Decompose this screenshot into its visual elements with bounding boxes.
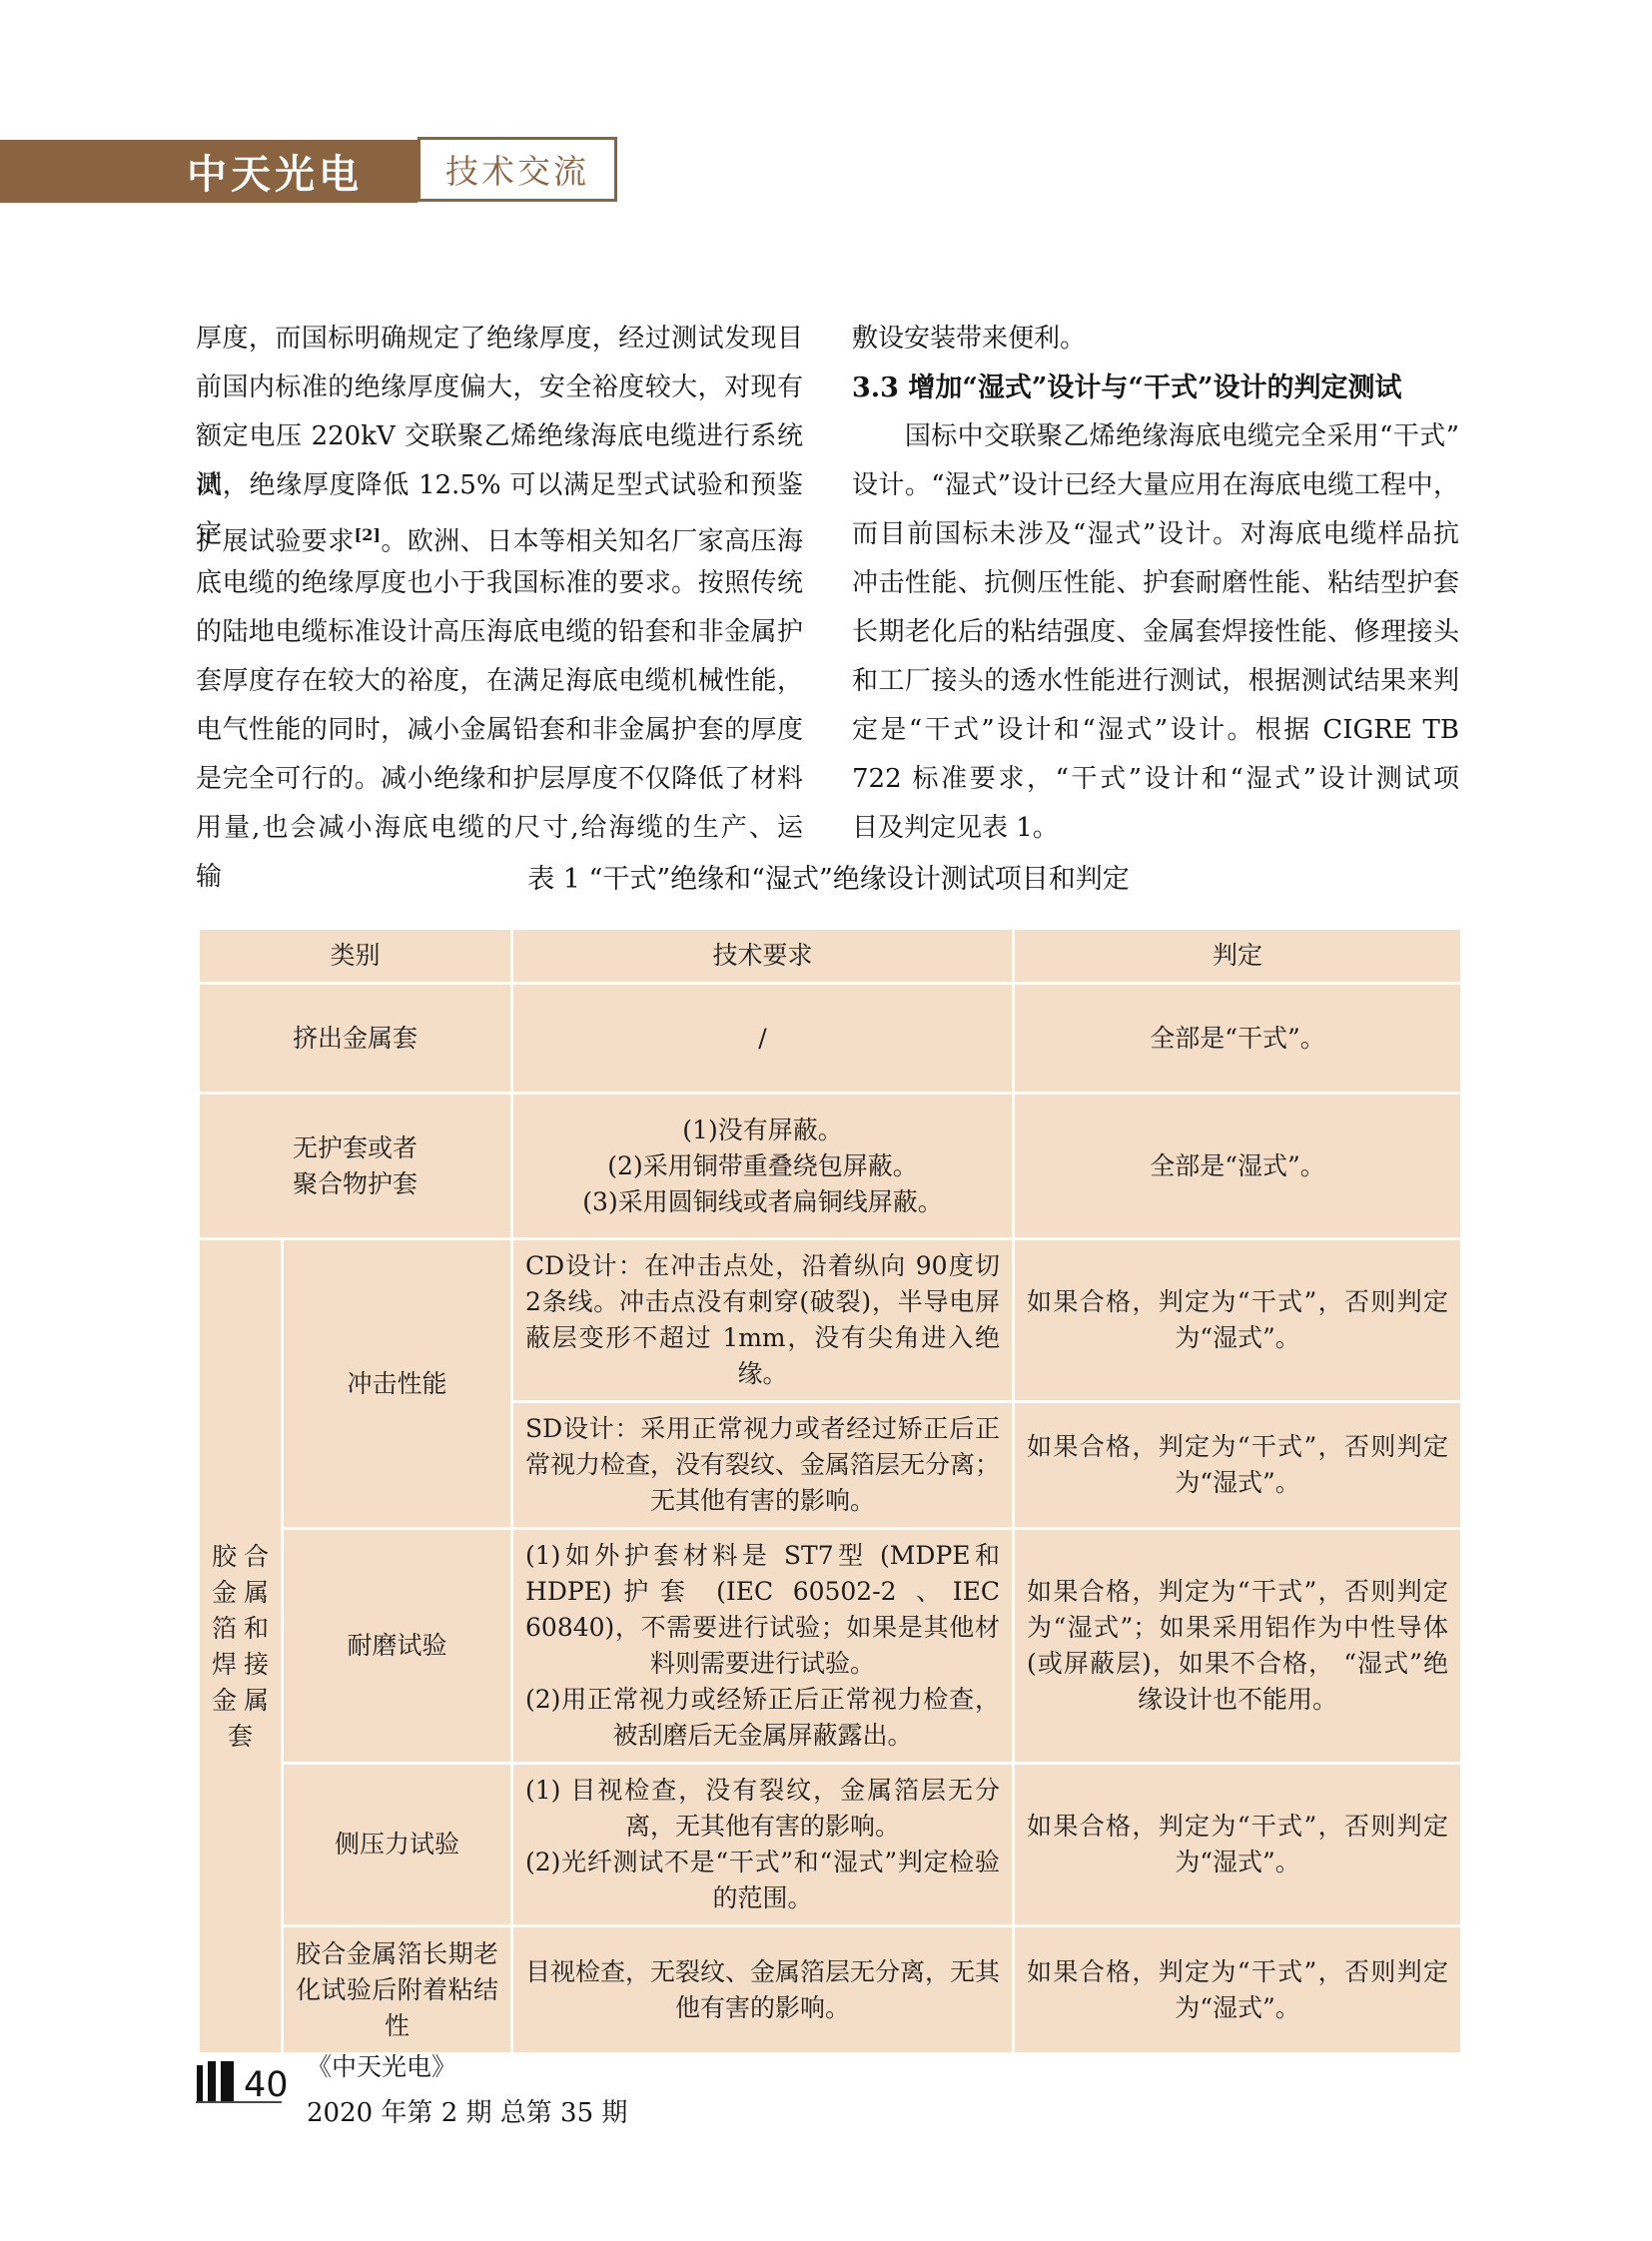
text-line: 前国内标准的绝缘厚度偏大，安全裕度较大，对现有	[196, 364, 803, 412]
category-cell: 冲击性能	[283, 1239, 512, 1529]
requirement-cell: (1)如外护套材料是 ST7型 (MDPE和 HDPE)护套 (IEC 6050…	[512, 1529, 1014, 1764]
category-cell: 无护套或者 聚合物护套	[199, 1094, 512, 1239]
requirement-item: (2)用正常视力或经矫正后正常视力检查，被刮磨后无金属屏蔽露出。	[525, 1682, 1000, 1754]
requirement-cell: SD设计：采用正常视力或者经过矫正后正常视力检查，没有裂纹、金属箔层无分离；无其…	[512, 1402, 1014, 1529]
text-line: 定是“干式”设计和“湿式”设计。根据 CIGRE TB	[852, 706, 1459, 755]
verdict-cell: 如果合格，判定为“干式”，否则判定为“湿式”；如果采用铝作为中性导体(或屏蔽层)…	[1014, 1529, 1462, 1764]
column-header-category: 类别	[199, 929, 512, 984]
text-line: 而目前国标未涉及“湿式”设计。对海底电缆样品抗	[852, 510, 1459, 559]
table-header-row: 类别 技术要求 判定	[199, 929, 1462, 984]
table-row-adhesion-aging: 胶合金属箔长期老化试验后附着粘结性 目视检查，无裂纹、金属箔层无分离，无其他有害…	[199, 1926, 1462, 2054]
text-line: 长期老化后的粘结强度、金属套焊接性能、修理接头	[852, 608, 1459, 657]
category-cell: 侧压力试验	[283, 1764, 512, 1926]
footer-journal-info: 《中天光电》 2020 年第 2 期 总第 35 期	[307, 2043, 627, 2137]
verdict-cell: 如果合格，判定为“干式”，否则判定为“湿式”。	[1014, 1926, 1462, 2054]
text-line: 敷设安装带来便利。	[852, 315, 1459, 364]
verdict-cell: 如果合格，判定为“干式”，否则判定为“湿式”。	[1014, 1239, 1462, 1402]
footer-bar-icon	[221, 2061, 234, 2103]
section-label-box: 技术交流	[417, 137, 617, 202]
page-number: 40	[244, 2067, 289, 2103]
text-line: 是完全可行的。减小绝缘和护层厚度不仅降低了材料	[196, 755, 803, 804]
category-cell: 挤出金属套	[199, 984, 512, 1094]
text-line: 和工厂接头的透水性能进行测试，根据测试结果来判	[852, 657, 1459, 706]
table-caption: 表 1 “干式”绝缘和“湿式”绝缘设计测试项目和判定	[197, 857, 1460, 896]
brand-bar: 中天光电	[0, 140, 417, 203]
text-line: 目及判定见表 1。	[852, 804, 1459, 853]
right-column: 敷设安装带来便利。 3.3 增加“湿式”设计与“干式”设计的判定测试 国标中交联…	[852, 315, 1459, 853]
section-label: 技术交流	[445, 146, 589, 193]
table-row-impact-cd: 胶合金属箔和焊接金属套 冲击性能 CD设计：在冲击点处，沿着纵向 90度切 2条…	[199, 1239, 1462, 1402]
journal-issue-info: 2020 年第 2 期 总第 35 期	[307, 2090, 627, 2137]
table-row-no-sheath: 无护套或者 聚合物护套 (1)没有屏蔽。 (2)采用铜带重叠绕包屏蔽。 (3)采…	[199, 1094, 1462, 1239]
footer-rule	[196, 2101, 282, 2103]
requirement-cell: 目视检查，无裂纹、金属箔层无分离，无其他有害的影响。	[512, 1926, 1014, 2054]
text-line: 套厚度存在较大的裕度，在满足海底电缆机械性能，	[196, 657, 803, 706]
text-line: 用量,也会减小海底电缆的尺寸,给海缆的生产、运输、	[196, 804, 803, 853]
requirement-item: (3)采用圆铜线或者扁铜线屏蔽。	[525, 1184, 1000, 1220]
table-row-lateral-pressure: 侧压力试验 (1) 目视检查，没有裂纹，金属箔层无分离，无其他有害的影响。 (2…	[199, 1764, 1462, 1926]
text-line: 国标中交联聚乙烯绝缘海底电缆完全采用“干式”	[852, 412, 1459, 461]
journal-page: 中天光电 技术交流 厚度，而国标明确规定了绝缘厚度，经过测试发现目 前国内标准的…	[0, 0, 1652, 2241]
category-line: 聚合物护套	[212, 1166, 498, 1202]
text-line: 722 标准要求，“干式”设计和“湿式”设计测试项	[852, 755, 1459, 804]
requirement-item: (1)没有屏蔽。	[525, 1113, 1000, 1148]
text-line: 设计。“湿式”设计已经大量应用在海底电缆工程中，	[852, 461, 1459, 510]
text-line: 试，绝缘厚度降低 12.5% 可以满足型式试验和预鉴定	[196, 461, 803, 510]
requirement-cell: (1)没有屏蔽。 (2)采用铜带重叠绕包屏蔽。 (3)采用圆铜线或者扁铜线屏蔽。	[512, 1094, 1014, 1239]
footer-bar-icon	[197, 2065, 203, 2103]
category-line: 无护套或者	[212, 1130, 498, 1166]
brand-logo: 中天光电	[187, 143, 363, 200]
footer-bar-icon	[208, 2061, 216, 2103]
requirement-item: (1) 目视检查，没有裂纹，金属箔层无分离，无其他有害的影响。	[525, 1773, 1000, 1845]
requirement-cell: /	[512, 984, 1014, 1094]
text-segment: 扩展试验要求	[196, 527, 355, 557]
verdict-cell: 全部是“干式”。	[1014, 984, 1462, 1094]
verdict-cell: 如果合格，判定为“干式”，否则判定为“湿式”。	[1014, 1764, 1462, 1926]
column-header-requirement: 技术要求	[512, 929, 1014, 984]
left-column: 厚度，而国标明确规定了绝缘厚度，经过测试发现目 前国内标准的绝缘厚度偏大，安全裕…	[196, 315, 803, 853]
journal-name: 《中天光电》	[307, 2043, 627, 2090]
group-category-cell: 胶合金属箔和焊接金属套	[199, 1239, 283, 2054]
requirement-item: (1)如外护套材料是 ST7型 (MDPE和 HDPE)护套 (IEC 6050…	[525, 1538, 1000, 1682]
requirement-item: (2)光纤测试不是“干式”和“湿式”判定检验的范围。	[525, 1845, 1000, 1916]
category-cell: 耐磨试验	[283, 1529, 512, 1764]
text-line: 底电缆的绝缘厚度也小于我国标准的要求。按照传统	[196, 559, 803, 608]
verdict-cell: 全部是“湿式”。	[1014, 1094, 1462, 1239]
table-row-extruded-sheath: 挤出金属套 / 全部是“干式”。	[199, 984, 1462, 1094]
text-segment: 。欧洲、日本等相关知名厂家高压海	[381, 527, 803, 557]
section-heading: 3.3 增加“湿式”设计与“干式”设计的判定测试	[852, 364, 1459, 412]
table-row-abrasion: 耐磨试验 (1)如外护套材料是 ST7型 (MDPE和 HDPE)护套 (IEC…	[199, 1529, 1462, 1764]
text-line: 冲击性能、抗侧压性能、护套耐磨性能、粘结型护套	[852, 559, 1459, 608]
citation-superscript: [2]	[355, 525, 381, 544]
requirement-cell: (1) 目视检查，没有裂纹，金属箔层无分离，无其他有害的影响。 (2)光纤测试不…	[512, 1764, 1014, 1926]
requirement-cell: CD设计：在冲击点处，沿着纵向 90度切 2条线。冲击点没有刺穿(破裂)，半导电…	[512, 1239, 1014, 1402]
category-cell: 胶合金属箔长期老化试验后附着粘结性	[283, 1926, 512, 2054]
requirement-item: (2)采用铜带重叠绕包屏蔽。	[525, 1148, 1000, 1184]
text-line: 电气性能的同时，减小金属铅套和非金属护套的厚度	[196, 706, 803, 755]
test-criteria-table: 类别 技术要求 判定 挤出金属套 / 全部是“干式”。 无护套或者 聚合物护套 …	[197, 927, 1463, 2055]
verdict-cell: 如果合格，判定为“干式”，否则判定为“湿式”。	[1014, 1402, 1462, 1529]
text-line-with-citation: 扩展试验要求[2]。欧洲、日本等相关知名厂家高压海	[196, 510, 803, 559]
text-line: 厚度，而国标明确规定了绝缘厚度，经过测试发现目	[196, 315, 803, 364]
text-line: 的陆地电缆标准设计高压海底电缆的铅套和非金属护	[196, 608, 803, 657]
footer-page-mark: 40	[197, 2060, 289, 2103]
text-line: 额定电压 220kV 交联聚乙烯绝缘海底电缆进行系统测	[196, 412, 803, 461]
column-header-verdict: 判定	[1014, 929, 1462, 984]
